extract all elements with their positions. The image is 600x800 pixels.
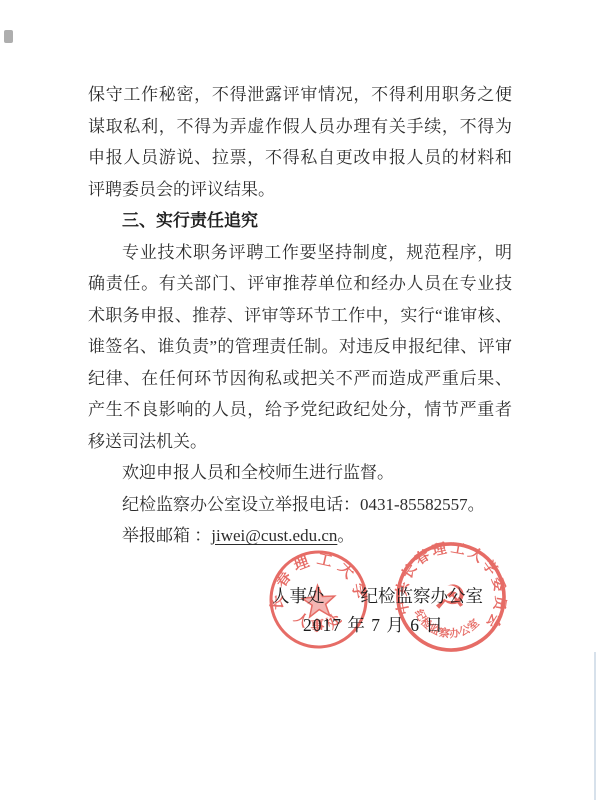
document-body: 保守工作秘密，不得泄露评审情况，不得利用职务之便谋取私利，不得为弄虚作假人员办理… xyxy=(88,79,512,552)
paragraph-welcome-supervision: 欢迎申报人员和全校师生进行监督。 xyxy=(88,457,512,489)
paragraph-report-phone: 纪检监察办公室设立举报电话：0431-85582557。 xyxy=(88,489,512,521)
signature-dept-discipline: 纪检监察办公室 xyxy=(361,586,484,606)
section-heading-responsibility: 三、实行责任追究 xyxy=(88,205,512,237)
report-email-label: 举报邮箱 ： xyxy=(122,526,211,545)
scanned-document-page: 保守工作秘密，不得泄露评审情况，不得利用职务之便谋取私利，不得为弄虚作假人员办理… xyxy=(0,0,600,800)
signature-date: 2017 年 7 月 6 日 xyxy=(303,612,444,637)
scan-edge-line xyxy=(594,652,596,800)
report-email-suffix: 。 xyxy=(337,526,354,545)
scan-artifact-mark xyxy=(4,30,13,43)
paragraph-responsibility-system: 专业技术职务评聘工作要坚持制度，规范程序，明确责任。有关部门、评审推荐单位和经办… xyxy=(88,237,512,458)
paragraph-secrecy-rules: 保守工作秘密，不得泄露评审情况，不得利用职务之便谋取私利，不得为弄虚作假人员办理… xyxy=(88,79,512,205)
signature-departments: 人事处纪检监察办公室 xyxy=(272,583,483,608)
signature-dept-personnel: 人事处 xyxy=(272,586,325,606)
report-email-address: jiwei@cust.edu.cn xyxy=(211,526,337,545)
